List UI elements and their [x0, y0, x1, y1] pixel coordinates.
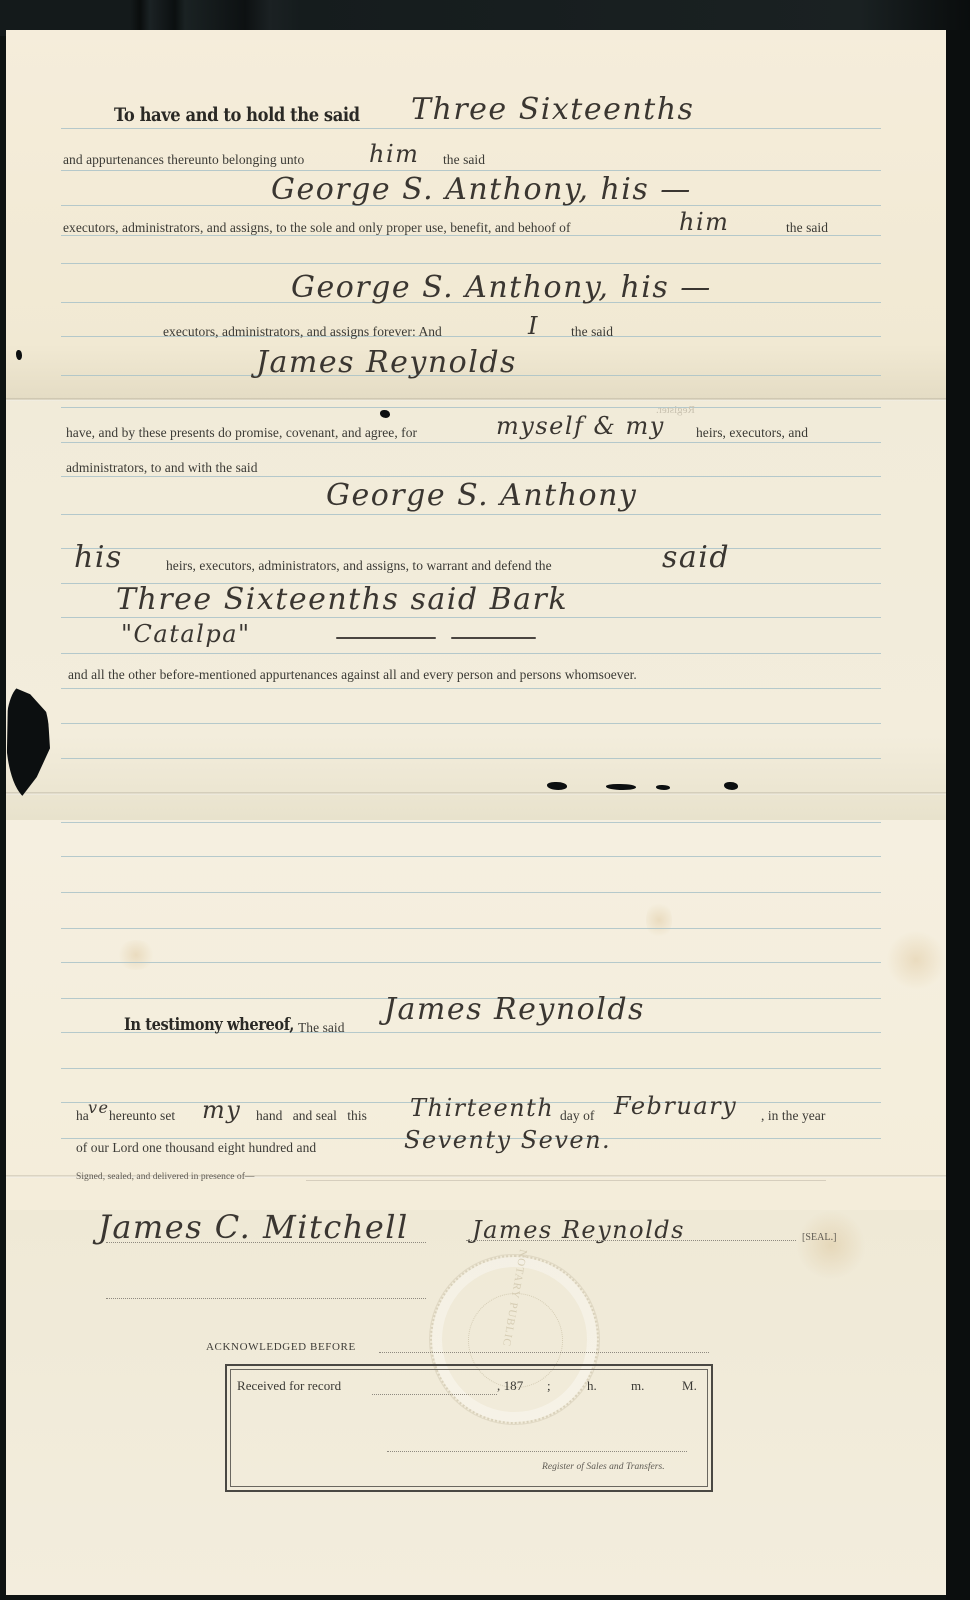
register-label: Register of Sales and Transfers.	[542, 1462, 665, 1472]
ruled-line	[61, 856, 881, 857]
handwritten-grantor: James Reynolds	[256, 345, 517, 380]
ruled-line	[61, 263, 881, 264]
grantor-signature-line	[466, 1240, 796, 1241]
foxing-stain	[646, 900, 672, 940]
habendum-line2: and appurtenances thereunto belonging un…	[63, 152, 304, 168]
warranty-line2: administrators, to and with the said	[66, 460, 258, 476]
witness-signature-line	[106, 1242, 426, 1243]
handwritten-pronoun: I	[528, 312, 539, 340]
foxing-stain	[116, 940, 156, 970]
received-date-line	[372, 1394, 497, 1395]
record-box: Received for record , 187 ; h. m. M. Reg…	[225, 1364, 713, 1492]
ruled-line	[61, 688, 881, 689]
handwritten-dash	[336, 637, 436, 639]
ruled-line	[61, 548, 881, 549]
handwritten-grantee: George S. Anthony, his —	[271, 172, 692, 207]
paper-loss	[16, 350, 22, 360]
ruled-line	[61, 1068, 881, 1069]
handwritten-dash	[451, 637, 536, 639]
handwritten-his: his	[74, 540, 123, 575]
ruled-line	[61, 758, 881, 759]
warranty-final-line: and all the other before-mentioned appur…	[68, 667, 637, 683]
warranty-line1: have, and by these presents do promise, …	[66, 425, 417, 441]
foxing-stain	[886, 930, 946, 990]
paper-loss	[547, 782, 567, 790]
handwritten-ve: ve	[88, 1098, 110, 1117]
handwritten-pronoun: him	[679, 208, 729, 236]
handwritten-said: said	[662, 540, 730, 575]
habendum-line4: executors, administrators, and assigns f…	[163, 324, 442, 340]
attestation-rule	[306, 1180, 826, 1181]
handwritten-grantor: James Reynolds	[384, 992, 645, 1027]
acknowledged-line	[379, 1352, 709, 1353]
foxing-stain	[796, 1210, 866, 1280]
handwritten-property: Three Sixteenths said Bark	[116, 582, 568, 617]
testimonium-line3: of our Lord one thousand eight hundred a…	[76, 1140, 316, 1156]
ruled-line	[61, 128, 881, 129]
paper-loss	[656, 785, 670, 790]
testimonium-line2-b: hand and seal this	[256, 1108, 367, 1124]
handwritten-grantee: George S. Anthony	[326, 478, 637, 513]
handwritten-day: Thirteenth	[410, 1094, 554, 1122]
ruled-line	[61, 653, 881, 654]
witness-signature: James C. Mitchell	[98, 1208, 409, 1246]
ruled-line	[61, 170, 881, 171]
warranty-line3: heirs, executors, administrators, and as…	[166, 558, 552, 574]
record-hours: h.	[587, 1378, 597, 1394]
acknowledged-label: ACKNOWLEDGED BEFORE	[206, 1341, 356, 1353]
handwritten-self: myself & my	[496, 412, 665, 440]
handwritten-year: Seventy Seven.	[404, 1126, 611, 1154]
deed-page: To have and to hold the said Three Sixte…	[6, 30, 946, 1595]
attestation-label: Signed, sealed, and delivered in presenc…	[76, 1172, 254, 1182]
ruled-line	[61, 476, 881, 477]
handwritten-grantee: George S. Anthony, his —	[291, 270, 712, 305]
scanner-edge	[946, 30, 970, 1600]
habendum-heading: To have and to hold the said	[114, 104, 360, 126]
testimonium-heading: In testimony whereof,	[124, 1015, 294, 1035]
habendum-line2-tail: the said	[443, 152, 485, 168]
received-label: Received for record	[237, 1378, 341, 1394]
testimonium-line2-prefix: ha	[76, 1108, 89, 1124]
ruled-line	[61, 892, 881, 893]
ruled-line	[61, 617, 881, 618]
handwritten-my: my	[202, 1096, 241, 1124]
handwritten-subject: Three Sixteenths	[411, 92, 694, 127]
paper-loss	[724, 782, 738, 790]
ruled-line	[61, 928, 881, 929]
ruled-line	[61, 822, 881, 823]
record-minutes: m.	[631, 1378, 644, 1394]
seal-label: [SEAL.]	[802, 1232, 837, 1243]
ruled-line	[61, 962, 881, 963]
record-year-prefix: , 187	[497, 1378, 523, 1394]
handwritten-pronoun: him	[369, 140, 419, 168]
handwritten-vessel-name: "Catalpa"	[121, 620, 251, 648]
fold-crease	[6, 398, 946, 401]
fold-crease	[6, 792, 946, 795]
testimonium-line2-c: day of	[560, 1108, 594, 1124]
record-meridian: M.	[682, 1378, 697, 1394]
ruled-line	[61, 442, 881, 443]
warranty-line1-tail: heirs, executors, and	[696, 425, 808, 441]
record-semicolon: ;	[547, 1378, 551, 1394]
ruled-line	[61, 407, 881, 408]
testimonium-print: The said	[298, 1020, 345, 1036]
habendum-line3: executors, administrators, and assigns, …	[63, 220, 571, 236]
ruled-line	[61, 514, 881, 515]
register-signature-line	[387, 1451, 687, 1452]
witness-signature-line-2	[106, 1298, 426, 1299]
habendum-line3-tail: the said	[786, 220, 828, 236]
paper-loss	[380, 410, 390, 418]
testimonium-line2-a: hereunto set	[109, 1108, 175, 1124]
testimonium-line2-d: , in the year	[761, 1108, 825, 1124]
habendum-line4-tail: the said	[571, 324, 613, 340]
ruled-line	[61, 723, 881, 724]
handwritten-month: February	[614, 1092, 737, 1120]
